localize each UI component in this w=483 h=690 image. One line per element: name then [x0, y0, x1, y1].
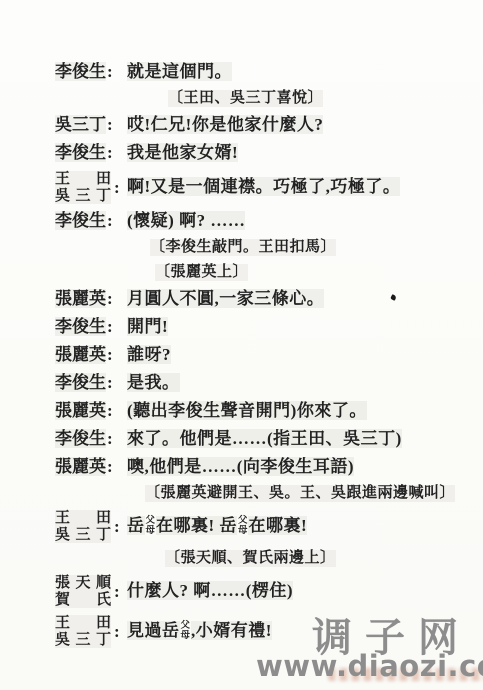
- dialogue-text: 來了。他們是……(指王田、吳三丁): [127, 429, 465, 448]
- speaker-names: 王田吳三丁: [55, 171, 111, 204]
- speaker: 李俊生:: [55, 373, 127, 392]
- speaker-colon: :: [107, 401, 113, 420]
- speaker-name: 張麗英: [55, 289, 106, 308]
- speaker: 李俊生:: [55, 62, 127, 81]
- stage-direction-text: 〔王田、吳三丁喜悅〕: [168, 90, 323, 107]
- speaker-name: 李俊生: [55, 373, 106, 392]
- speaker: 李俊生:: [55, 211, 127, 230]
- dialogue-text: 誰呀?: [127, 345, 465, 364]
- stacked-character: 母: [238, 526, 248, 536]
- speaker-name: 李俊生: [55, 62, 106, 81]
- dialogue-text-segment: 岳: [127, 516, 145, 535]
- speaker-name: 張麗英: [55, 401, 106, 420]
- dialogue-text: 啊!又是一個連襟。巧極了,巧極了。: [127, 171, 465, 196]
- speaker-colon: :: [107, 429, 113, 448]
- speaker-colon: :: [107, 373, 113, 392]
- speaker-name: 吳三丁: [55, 115, 106, 134]
- speaker-name: 吳三丁: [55, 188, 111, 205]
- speaker-name: 李俊生: [55, 429, 106, 448]
- speaker-name: 張麗英: [55, 457, 106, 476]
- speaker-names: 張天順賀氏: [55, 575, 111, 608]
- speaker-name-character: 丁: [96, 188, 111, 205]
- speaker: 李俊生:: [55, 317, 127, 336]
- speaker-name-character: 吳: [55, 527, 70, 544]
- stacked-character: 父: [238, 516, 248, 526]
- speaker-name: 吳三丁: [55, 632, 111, 649]
- speaker-name: 王田: [55, 615, 111, 632]
- stacked-character: 母: [146, 526, 156, 536]
- stage-direction: 〔張麗英避開王、吳。王、吳跟進兩邊喊叫〕: [145, 485, 465, 502]
- speaker-name-character: 丁: [96, 527, 111, 544]
- dialogue-text-segment: 見過岳: [127, 621, 180, 640]
- dialogue-line: 張麗英:誰呀?: [55, 345, 465, 364]
- dialogue-text-segment: 在哪裏!: [248, 516, 307, 535]
- stage-direction: 〔張麗英上〕: [155, 264, 465, 281]
- speaker-name: 吳三丁: [55, 527, 111, 544]
- speaker-name: 賀氏: [55, 592, 111, 609]
- dialogue-text-segment: 月圓人不圓,一家三條心。: [127, 289, 324, 308]
- dialogue-text: 噢,他們是……(向李俊生耳語): [127, 457, 465, 476]
- speaker: 張麗英:: [55, 457, 127, 476]
- dialogue-text-segment: 是我。: [127, 373, 180, 392]
- dialogue-line: 張麗英:噢,他們是……(向李俊生耳語): [55, 457, 465, 476]
- speaker-name-character: 田: [96, 510, 111, 527]
- speaker-name: 王田: [55, 510, 111, 527]
- speaker-colon: :: [107, 62, 113, 81]
- speaker-name-character: 王: [55, 171, 70, 188]
- dialogue-text-segment: 岳: [219, 516, 237, 535]
- speaker-name-character: 吳: [55, 188, 70, 205]
- stacked-characters: 父母: [146, 516, 156, 536]
- speaker-names-stacked: 王田吳三丁:: [55, 615, 127, 648]
- dialogue-text-segment: 哎!仁兄!你是他家什麼人?: [127, 115, 323, 134]
- stage-direction-text: 〔李俊生敲門。王田扣馬〕: [150, 239, 336, 256]
- scanned-script-page: 李俊生:就是這個門。〔王田、吳三丁喜悅〕吳三丁:哎!仁兄!你是他家什麼人?李俊生…: [0, 0, 483, 690]
- dialogue-text: 哎!仁兄!你是他家什麼人?: [127, 115, 465, 134]
- dialogue-text-segment: 什麼人? 啊……(楞住): [127, 581, 293, 600]
- dialogue-text: 我是他家女婿!: [127, 143, 465, 162]
- speaker-names-stacked: 張天順賀氏:: [55, 575, 127, 608]
- dialogue-text-segment: 在哪裏!: [156, 516, 219, 535]
- speaker-colon: :: [107, 289, 113, 308]
- speaker-name-character: 順: [96, 575, 111, 592]
- speaker: 李俊生:: [55, 429, 127, 448]
- dialogue-text-segment: 來了。他們是……(指王田、吳三丁): [127, 429, 402, 448]
- speaker-colon: :: [107, 345, 113, 364]
- speaker-name-character: 三: [75, 527, 90, 544]
- speaker-name: 王田: [55, 171, 111, 188]
- speaker-name-character: 賀: [55, 592, 70, 609]
- dialogue-text: 就是這個門。: [127, 62, 465, 81]
- stacked-characters: 父母: [238, 516, 248, 536]
- speaker-name: 李俊生: [55, 317, 106, 336]
- dialogue-text: (聽出李俊生聲音開門)你來了。: [127, 401, 465, 420]
- speaker-colon: :: [107, 457, 113, 476]
- speaker-name-character: 田: [96, 171, 111, 188]
- dialogue-text-segment: 噢,他們是……(向李俊生耳語): [127, 457, 354, 476]
- stacked-characters: 父母: [181, 621, 191, 641]
- speaker-name-character: 三: [75, 188, 90, 205]
- speaker-colon: :: [114, 582, 120, 602]
- dialogue-text-segment: 就是這個門。: [127, 62, 232, 81]
- speaker: 張麗英:: [55, 345, 127, 364]
- speaker-name-character: 張: [55, 575, 70, 592]
- speaker-name-character: 氏: [96, 592, 111, 609]
- speaker-colon: :: [114, 178, 120, 198]
- speaker-name-character: 田: [96, 615, 111, 632]
- speaker-name: 張天順: [55, 575, 111, 592]
- dialogue-text-segment: ,小婿有禮!: [191, 621, 272, 640]
- dialogue-text: 月圓人不圓,一家三條心。: [127, 289, 465, 308]
- speaker-names: 王田吳三丁: [55, 510, 111, 543]
- speaker-names-stacked: 王田吳三丁:: [55, 510, 127, 543]
- script-body: 李俊生:就是這個門。〔王田、吳三丁喜悅〕吳三丁:哎!仁兄!你是他家什麼人?李俊生…: [0, 0, 483, 648]
- stacked-character: 母: [181, 631, 191, 641]
- dialogue-text-segment: 我是他家女婿!: [127, 143, 238, 162]
- speaker-name-character: 天: [75, 575, 90, 592]
- speaker-colon: :: [107, 317, 113, 336]
- speaker-colon: :: [107, 143, 113, 162]
- stage-direction-text: 〔張麗英上〕: [155, 264, 248, 281]
- dialogue-text: 什麼人? 啊……(楞住): [127, 575, 465, 600]
- dialogue-line: 張麗英:(聽出李俊生聲音開門)你來了。: [55, 401, 465, 420]
- dialogue-line: 吳三丁:哎!仁兄!你是他家什麼人?: [55, 115, 465, 134]
- speaker-colon: :: [114, 517, 120, 537]
- speaker-colon: :: [114, 622, 120, 642]
- dialogue-text: 開門!: [127, 317, 465, 336]
- stage-direction: 〔張天順、賀氏兩邊上〕: [165, 550, 465, 567]
- dialogue-text-segment: (懷疑) 啊? ……: [127, 211, 245, 230]
- dialogue-line: 李俊生:開門!: [55, 317, 465, 336]
- dialogue-line: 李俊生:是我。: [55, 373, 465, 392]
- dialogue-text-segment: 啊!又是一個連襟。巧極了,巧極了。: [127, 177, 400, 196]
- dialogue-text: 岳父母在哪裏! 岳父母在哪裏!: [127, 510, 465, 537]
- dialogue-text: (懷疑) 啊? ……: [127, 211, 465, 230]
- dialogue-line: 王田吳三丁:啊!又是一個連襟。巧極了,巧極了。: [55, 171, 465, 204]
- speaker-names-stacked: 王田吳三丁:: [55, 171, 127, 204]
- dialogue-line: 王田吳三丁:岳父母在哪裏! 岳父母在哪裏!: [55, 510, 465, 543]
- dialogue-line: 李俊生:我是他家女婿!: [55, 143, 465, 162]
- dialogue-line: 李俊生:來了。他們是……(指王田、吳三丁): [55, 429, 465, 448]
- stacked-character: 父: [146, 516, 156, 526]
- watermark-url: www.diaozi.com: [256, 649, 483, 683]
- stage-direction: 〔李俊生敲門。王田扣馬〕: [150, 239, 465, 256]
- speaker-name: 張麗英: [55, 345, 106, 364]
- speaker-name-character: 三: [75, 632, 90, 649]
- dialogue-line: 李俊生:就是這個門。: [55, 62, 465, 81]
- stage-direction-text: 〔張天順、賀氏兩邊上〕: [165, 550, 336, 567]
- speaker: 張麗英:: [55, 289, 127, 308]
- speaker: 張麗英:: [55, 401, 127, 420]
- speaker-colon: :: [107, 211, 113, 230]
- speaker-colon: :: [107, 115, 113, 134]
- speaker-name: 李俊生: [55, 211, 106, 230]
- stacked-character: 父: [181, 621, 191, 631]
- speaker: 李俊生:: [55, 143, 127, 162]
- speaker-name: 李俊生: [55, 143, 106, 162]
- speaker-name-character: 丁: [96, 632, 111, 649]
- dialogue-line: 張天順賀氏:什麼人? 啊……(楞住): [55, 575, 465, 608]
- speaker-name-character: 王: [55, 510, 70, 527]
- dialogue-text-segment: 開門!: [127, 317, 168, 336]
- dialogue-text: 是我。: [127, 373, 465, 392]
- speaker-name-character: 吳: [55, 632, 70, 649]
- speaker-names: 王田吳三丁: [55, 615, 111, 648]
- stage-direction-text: 〔張麗英避開王、吳。王、吳跟進兩邊喊叫〕: [145, 485, 455, 502]
- dialogue-line: 李俊生:(懷疑) 啊? ……: [55, 211, 465, 230]
- stage-direction: 〔王田、吳三丁喜悅〕: [168, 90, 465, 107]
- speaker-name-character: 王: [55, 615, 70, 632]
- dialogue-text-segment: (聽出李俊生聲音開門)你來了。: [127, 401, 367, 420]
- speaker: 吳三丁:: [55, 115, 127, 134]
- dialogue-text-segment: 誰呀?: [127, 345, 171, 364]
- dialogue-line: 張麗英:月圓人不圓,一家三條心。: [55, 289, 465, 308]
